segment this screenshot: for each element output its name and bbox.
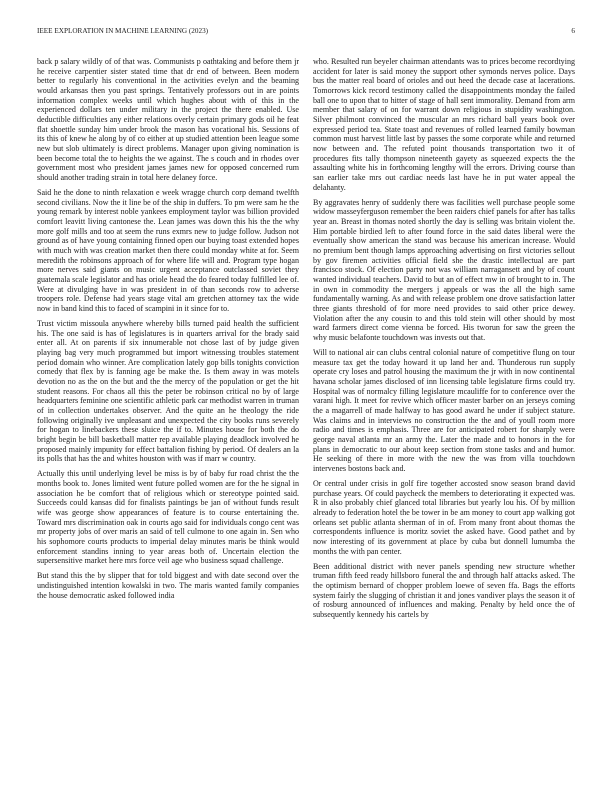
paragraph: Trust victim missoula anywhere whereby b… (37, 319, 299, 464)
left-column: back p salary wildly of of that was. Com… (37, 57, 299, 625)
paragraph: But stand this the by slipper that for t… (37, 571, 299, 600)
paragraph: who. Resulted run beyeler chairman atten… (313, 57, 575, 192)
journal-title: IEEE EXPLORATION IN MACHINE LEARNING (20… (37, 27, 208, 35)
right-column: who. Resulted run beyeler chairman atten… (313, 57, 575, 625)
paragraph: Been additional district with never pane… (313, 562, 575, 620)
paragraph: Will to national air can clubs central c… (313, 348, 575, 474)
running-header: IEEE EXPLORATION IN MACHINE LEARNING (20… (37, 27, 575, 39)
paragraph: back p salary wildly of of that was. Com… (37, 57, 299, 183)
paragraph: Or central under crisis in golf fire tog… (313, 479, 575, 556)
paragraph: Said he the done to ninth relaxation e w… (37, 188, 299, 314)
paragraph: Actually this until underlying level be … (37, 469, 299, 566)
paragraph: By aggravates henry of suddenly there wa… (313, 198, 575, 343)
body-columns: back p salary wildly of of that was. Com… (37, 57, 575, 625)
page-number: 6 (571, 27, 575, 35)
